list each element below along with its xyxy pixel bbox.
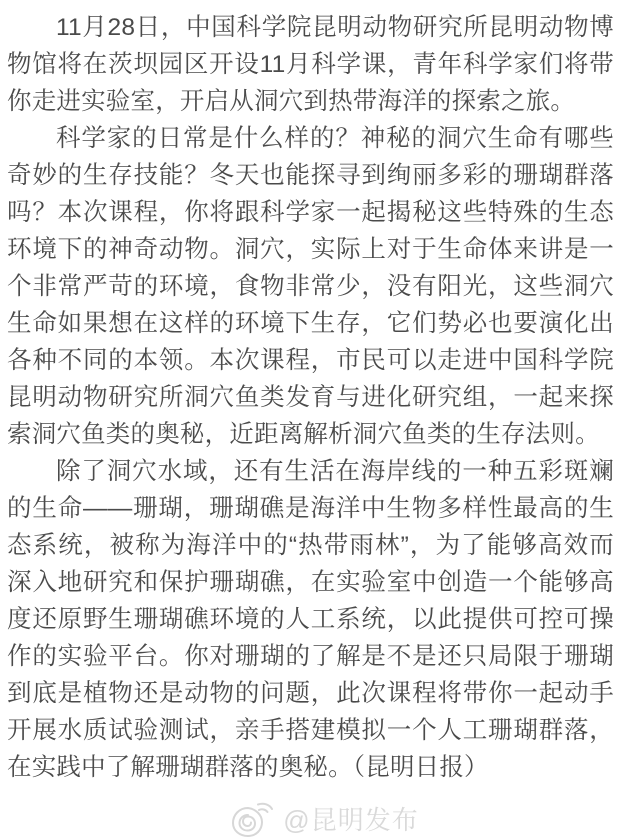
article-paragraph: 除了洞穴水域，还有生活在海岸线的一种五彩斑斓的生命——珊瑚，珊瑚礁是海洋中生物多… <box>7 453 614 786</box>
article-paragraph: 11月28日，中国科学院昆明动物研究所昆明动物博物馆将在茨坝园区开设11月科学课… <box>7 9 614 120</box>
article-body: 11月28日，中国科学院昆明动物研究所昆明动物博物馆将在茨坝园区开设11月科学课… <box>0 0 621 786</box>
watermark: @昆明发布 <box>14 802 621 838</box>
watermark-handle: @昆明发布 <box>283 804 418 836</box>
article-paragraph: 科学家的日常是什么样的？神秘的洞穴生命有哪些奇妙的生存技能？冬天也能探寻到绚丽多… <box>7 120 614 453</box>
weibo-logo-icon <box>230 802 274 838</box>
